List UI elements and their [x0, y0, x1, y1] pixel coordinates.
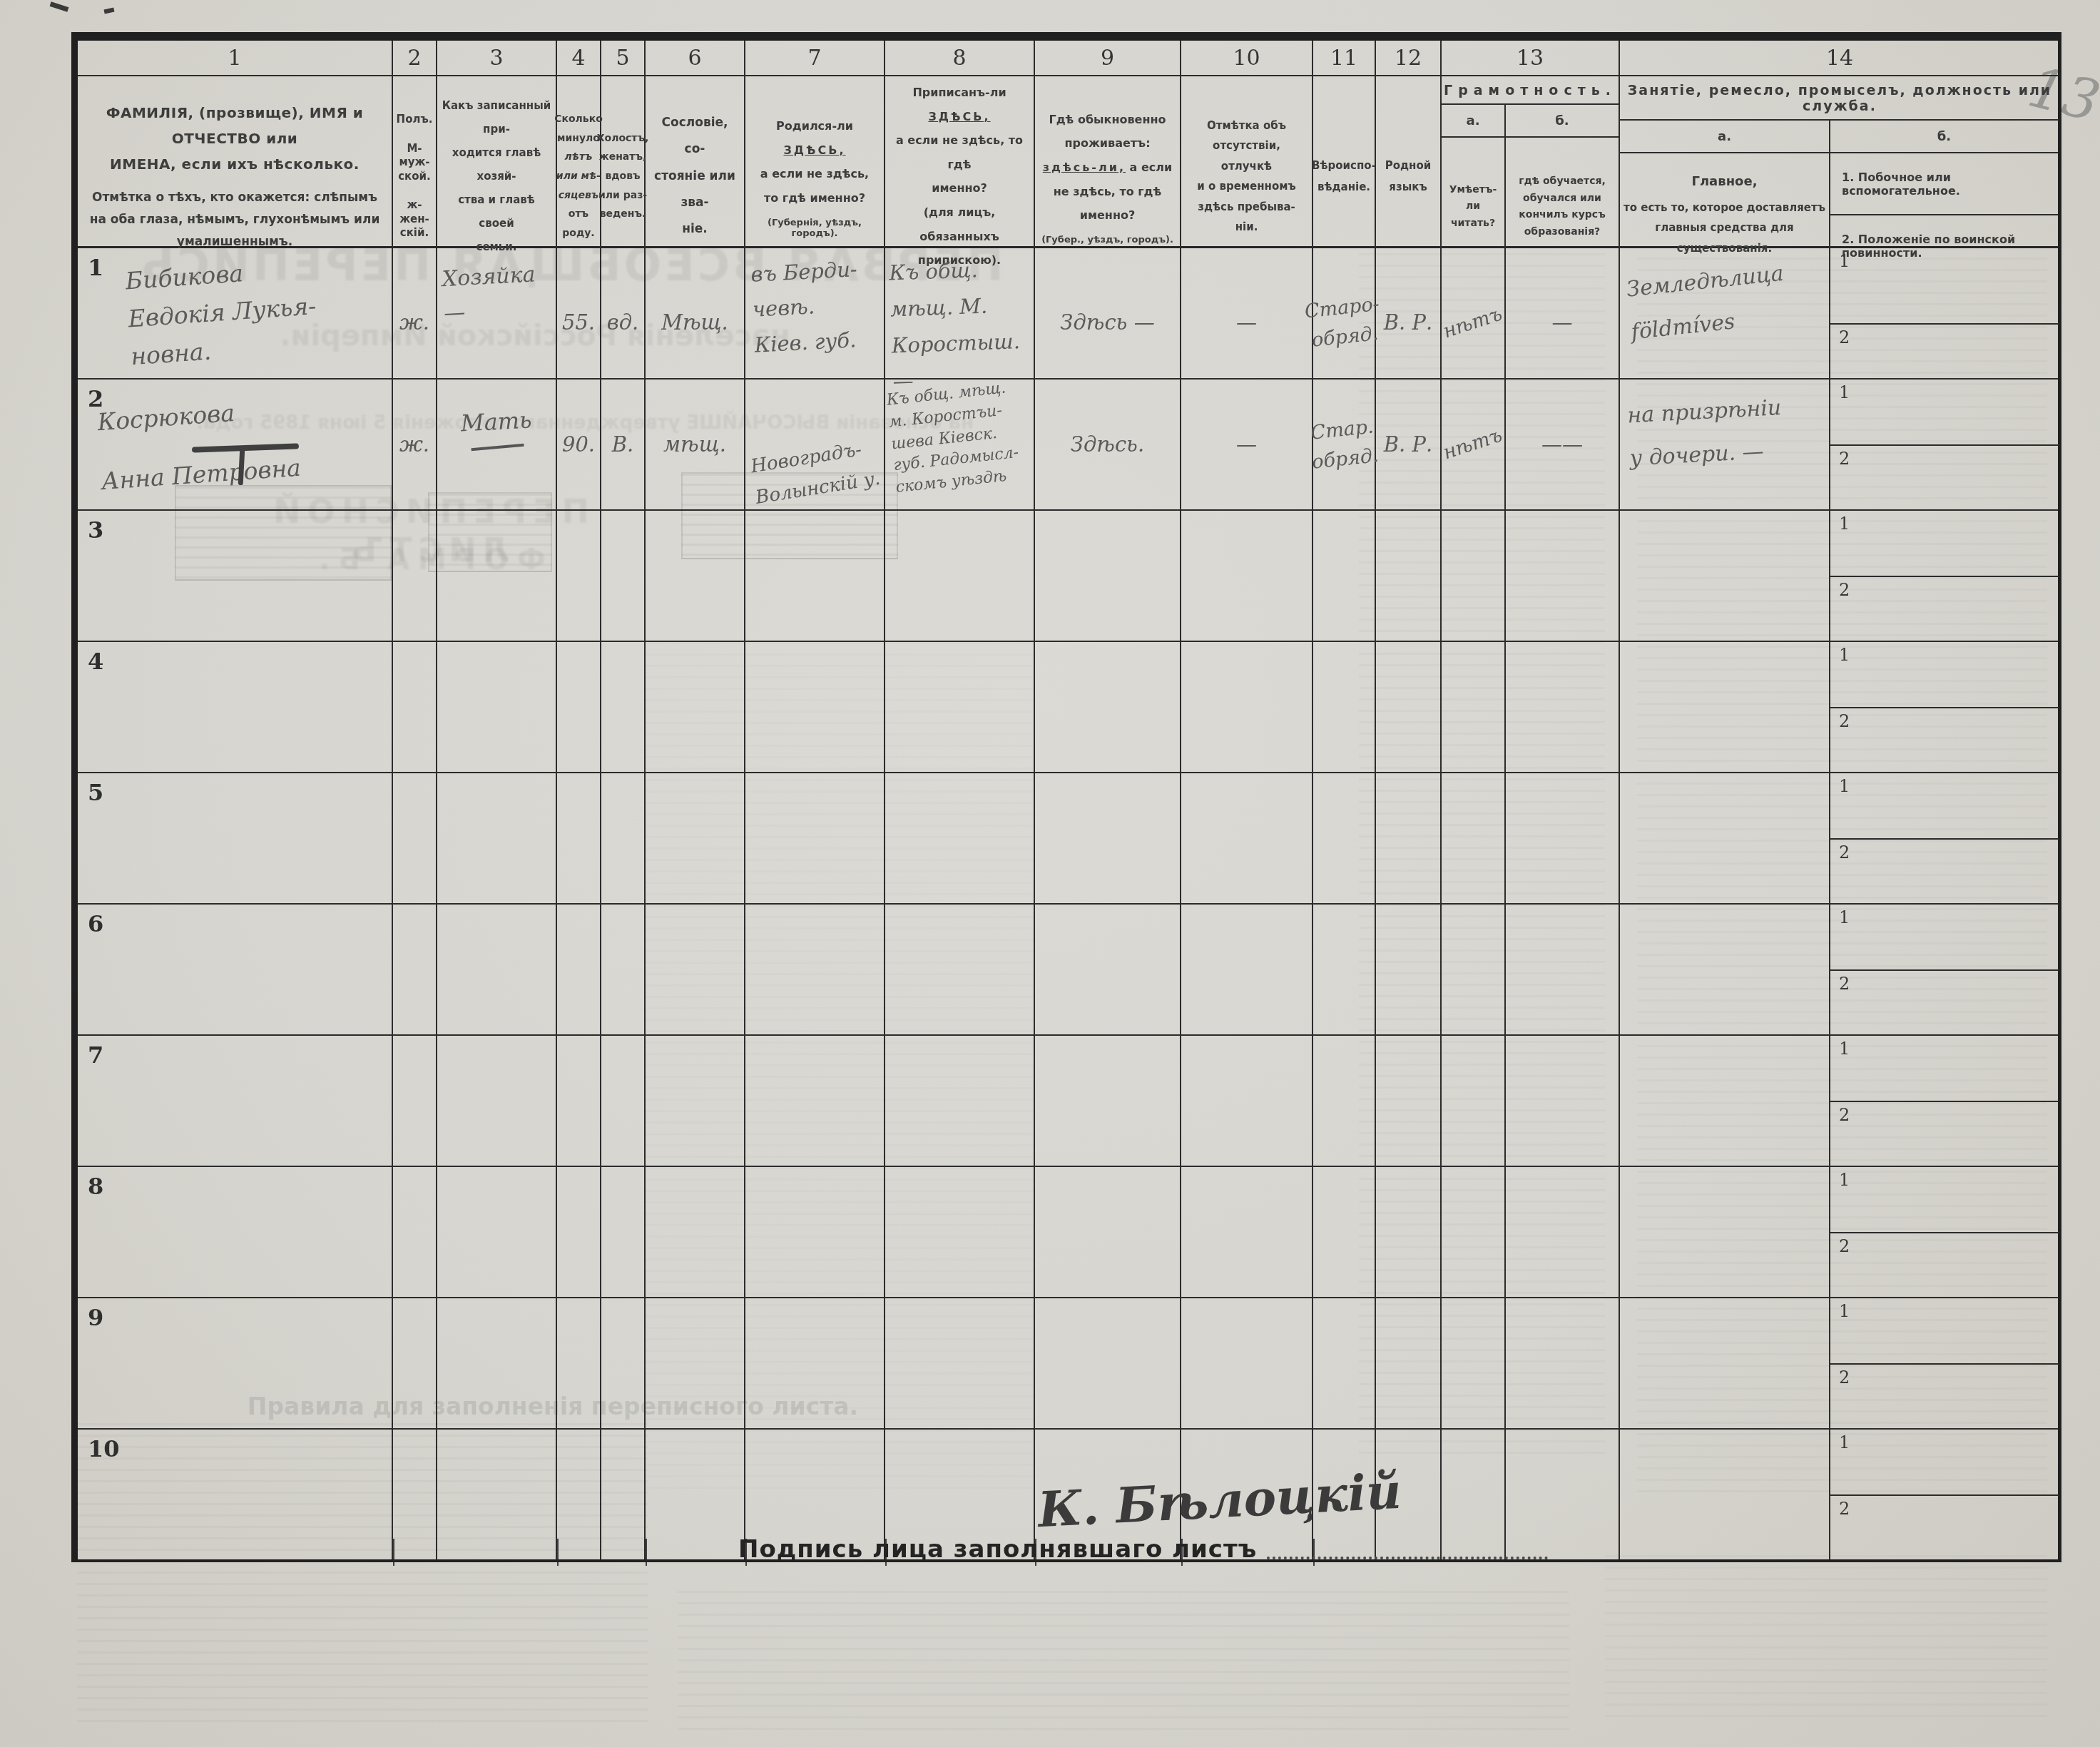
cell-occupation-a [1620, 642, 1830, 772]
col-number: 3 [437, 41, 557, 75]
cell-religion [1313, 511, 1376, 641]
cell-registration [885, 773, 1035, 903]
cell-absence [1181, 1298, 1313, 1428]
table-row: 3 1 2 [78, 509, 2058, 641]
cell-absence [1181, 642, 1313, 772]
secondary-occupation-cell: 1 [1830, 380, 2059, 444]
cell-age [557, 773, 601, 903]
cell-sex [393, 1167, 437, 1297]
cell-literacy-b: —— [1506, 380, 1620, 509]
cell-sex: ж. [393, 248, 437, 397]
secondary-occupation-cell: 1 [1830, 511, 2059, 576]
cell-literacy-b [1506, 1298, 1620, 1428]
entry-relation [443, 1044, 556, 1050]
table-row: 7 1 2 [78, 1034, 2058, 1166]
cell-residence [1035, 773, 1181, 903]
sub-marker-1: 1 [1839, 251, 1850, 271]
sub-marker-2: 2 [1839, 1499, 1850, 1519]
cell-residence [1035, 511, 1181, 641]
table-row: 1 Бибикова Евдокія Лукья- новна. ж. Хозя… [78, 248, 2058, 378]
military-status-cell: 2 [1830, 1494, 2059, 1559]
cell-birthplace: въ Берди- чевѣ. Кіев. губ. [745, 248, 885, 397]
cell-absence [1181, 1036, 1313, 1166]
entry-age: 55. [562, 306, 595, 339]
cell-birthplace [745, 511, 885, 641]
entry-registration [891, 1169, 1034, 1174]
cell-occupation-b: 1 2 [1830, 1036, 2059, 1166]
cell-name: 6 [78, 905, 393, 1034]
entry-sex: ж. [399, 428, 429, 461]
cell-name: 7 [78, 1036, 393, 1166]
sub-marker-1: 1 [1839, 1039, 1850, 1059]
cell-literacy-b [1506, 905, 1620, 1034]
cell-sex [393, 1298, 437, 1428]
entry-estate: Мѣщ. [661, 306, 728, 339]
cell-occupation-a [1620, 1036, 1830, 1166]
cell-sex [393, 773, 437, 903]
sub-marker-1: 1 [1839, 382, 1850, 402]
sub-marker-1: 1 [1839, 776, 1850, 796]
entry-registration: Къ общ. мѣщ. м. Коростъи- шева Кіевск. г… [885, 375, 1039, 499]
cell-estate [646, 1298, 745, 1428]
cell-language [1376, 511, 1442, 641]
cell-estate [646, 1036, 745, 1166]
table-row: 8 1 2 [78, 1166, 2058, 1297]
cell-relation [437, 1167, 557, 1297]
entry-religion: Стар. обряд. [1308, 412, 1380, 477]
cell-religion [1313, 773, 1376, 903]
cell-relation: Мать [437, 380, 557, 509]
entry-birthplace: въ Берди- чевѣ. Кіев. губ. [750, 250, 886, 362]
cell-age [557, 1167, 601, 1297]
table-row: 6 1 2 [78, 903, 2058, 1034]
cell-occupation-b: 1 2 [1830, 773, 2059, 903]
entry-registration [891, 644, 1034, 649]
cell-estate [646, 905, 745, 1034]
cell-name: 3 [78, 511, 393, 641]
cell-marital [601, 1298, 646, 1428]
col-number: 10 [1181, 41, 1313, 75]
sub-marker-1: 1 [1839, 514, 1850, 534]
bleedthrough-text-block [1605, 1555, 2047, 1726]
cell-religion: Старо- обряд. [1313, 248, 1376, 397]
col-number: 7 [745, 41, 885, 75]
military-status-cell: 2 [1830, 1232, 2059, 1297]
col-number: 13 [1442, 41, 1620, 75]
cell-relation [437, 642, 557, 772]
cell-occupation-b: 1 2 [1830, 511, 2059, 641]
cell-occupation-b: 1 2 [1830, 248, 2059, 397]
col-number: 9 [1035, 41, 1181, 75]
cell-absence [1181, 905, 1313, 1034]
entry-relation: Мать [436, 401, 556, 452]
cell-marital [601, 511, 646, 641]
entry-relation [443, 1438, 556, 1444]
cell-birthplace [745, 1036, 885, 1166]
cell-literacy-a [1442, 1298, 1506, 1428]
entry-occupation [1629, 904, 1828, 925]
military-status-cell: 2 [1830, 1101, 2059, 1166]
cell-birthplace [745, 905, 885, 1034]
cell-sex [393, 1036, 437, 1166]
entry-residence: Здѣсь. [1071, 428, 1144, 461]
entry-occupation: на призрѣніи у дочери. — [1626, 384, 1831, 481]
header-residence: Гдѣ обыкновенно проживаетъ: здѣсь-ли, а … [1035, 76, 1181, 277]
cell-relation [437, 1430, 557, 1559]
sub-marker-2: 2 [1839, 449, 1850, 469]
entry-occupation: Земледѣлица földmíves [1624, 248, 1833, 355]
header-estate: Сословіе, со- стояніе или зва- ніе. [646, 76, 745, 277]
secondary-occupation-cell: 1 [1830, 1298, 2059, 1363]
cell-occupation-a: Земледѣлица földmíves [1620, 248, 1830, 397]
header-marital: Холостъ, женатъ, вдовъ или раз- веденъ. [601, 76, 646, 277]
entry-relation [443, 1307, 556, 1313]
cell-religion [1313, 1298, 1376, 1428]
col-number: 12 [1376, 41, 1442, 75]
entry-marital: В. [612, 428, 634, 461]
cell-literacy-b [1506, 1036, 1620, 1166]
entry-literacy: нѣтъ [1439, 420, 1507, 468]
military-status-cell: 2 [1830, 1363, 2059, 1428]
cell-literacy-a [1442, 642, 1506, 772]
scan-line-remnant [557, 1539, 559, 1566]
entry-birthplace: Новоградъ- Волынскій у. [748, 431, 888, 514]
cell-marital [601, 773, 646, 903]
entry-marital: вд. [607, 306, 638, 339]
cell-language [1376, 905, 1442, 1034]
cell-marital [601, 1167, 646, 1297]
entry-registration [891, 775, 1034, 780]
cell-age [557, 1036, 601, 1166]
cell-absence [1181, 1167, 1313, 1297]
entry-birthplace [753, 1300, 884, 1308]
sub-marker-1: 1 [1839, 1301, 1850, 1321]
entry-absence: — [1236, 306, 1257, 339]
header-name-title: ФАМИЛІЯ, (прозвище), ИМЯ и ОТЧЕСТВО или … [82, 100, 387, 177]
entry-sex: ж. [399, 306, 429, 339]
cell-relation [437, 1298, 557, 1428]
cell-marital: вд. [601, 248, 646, 397]
cell-literacy-b: — [1506, 248, 1620, 397]
secondary-occupation-cell: 1 [1830, 1036, 2059, 1101]
entry-literacy: нѣтъ [1439, 299, 1507, 347]
cell-religion: Стар. обряд. [1313, 380, 1376, 509]
entry-registration [891, 1038, 1034, 1043]
entry-birthplace [753, 1038, 884, 1045]
cell-relation [437, 773, 557, 903]
cell-sex [393, 905, 437, 1034]
entry-relation [443, 519, 556, 525]
header-literacy: Грамотность. а. Умѣетъ- ли читать? б. гд… [1442, 76, 1620, 277]
cell-relation [437, 1036, 557, 1166]
table-header-row: ФАМИЛІЯ, (прозвище), ИМЯ и ОТЧЕСТВО или … [78, 76, 2058, 248]
cell-residence [1035, 905, 1181, 1034]
cell-age: 55. [557, 248, 601, 397]
cell-estate: мѣщ. [646, 380, 745, 509]
cell-occupation-a [1620, 511, 1830, 641]
cell-absence: — [1181, 248, 1313, 397]
entry-birthplace [753, 644, 884, 651]
cell-estate [646, 511, 745, 641]
cell-registration [885, 511, 1035, 641]
header-age: Сколько минуло лѣтъ или мѣ- сяцевъ отъ р… [557, 76, 601, 277]
header-sex: Полъ. М-муж- ской. ж-жен- скій. [393, 76, 437, 277]
cell-absence [1181, 773, 1313, 903]
header-registration: Приписанъ-ли ЗДѢСЬ, а если не здѣсь, то … [885, 76, 1035, 277]
entry-name: Бибикова Евдокія Лукья- новна. [74, 238, 396, 380]
cell-sex [393, 511, 437, 641]
cell-relation [437, 511, 557, 641]
cell-birthplace [745, 1167, 885, 1297]
entry-occupation [1629, 510, 1828, 531]
header-relation: Какъ записанный при- ходится главѣ хозяй… [437, 76, 557, 277]
cell-language [1376, 1036, 1442, 1166]
col-number: 5 [601, 41, 646, 75]
cell-marital [601, 905, 646, 1034]
header-absence: Отмѣтка объ отсутствіи, отлучкѣ и о врем… [1181, 76, 1313, 277]
cell-registration: Къ общ. мѣщ. М. Коростыш. — [885, 248, 1035, 397]
entry-relation: Хозяйка — [442, 257, 558, 331]
secondary-occupation-cell: 1 [1830, 773, 2059, 838]
entry-relation [443, 913, 556, 919]
cell-residence [1035, 1036, 1181, 1166]
cell-occupation-b: 1 2 [1830, 1298, 2059, 1428]
sub-marker-1: 1 [1839, 1170, 1850, 1190]
bleedthrough-text-block [678, 1591, 1569, 1733]
secondary-occupation-cell: 1 [1830, 642, 2059, 707]
entry-religion: Старо- обряд. [1304, 290, 1385, 356]
cell-literacy-a [1442, 1036, 1506, 1166]
entry-occupation [1629, 641, 1828, 662]
entry-education: —— [1541, 428, 1583, 461]
cell-age [557, 642, 601, 772]
cell-occupation-b: 1 2 [1830, 380, 2059, 509]
cell-residence [1035, 642, 1181, 772]
cell-registration [885, 1167, 1035, 1297]
cell-estate: Мѣщ. [646, 248, 745, 397]
sub-marker-2: 2 [1839, 1105, 1850, 1125]
header-birthplace: Родился-ли ЗДѢСЬ, а если не здѣсь, то гд… [745, 76, 885, 277]
cell-estate [646, 1167, 745, 1297]
cell-language [1376, 1298, 1442, 1428]
cell-occupation-a [1620, 773, 1830, 903]
signature-block: Подпись лица заполнявшаго листъ К. Бѣлоц… [738, 1535, 1548, 1564]
col-number: 14 [1620, 41, 2059, 75]
cell-registration [885, 905, 1035, 1034]
sub-marker-2: 2 [1839, 974, 1850, 994]
cell-birthplace: Новоградъ- Волынскій у. [745, 380, 885, 509]
cell-residence [1035, 1167, 1181, 1297]
military-status-cell: 2 [1830, 444, 2059, 509]
cell-occupation-a: на призрѣніи у дочери. — [1620, 380, 1830, 509]
entry-relation [443, 782, 556, 788]
cell-name: 4 [78, 642, 393, 772]
cell-language: В. Р. [1376, 380, 1442, 509]
secondary-occupation-cell: 1 [1830, 1430, 2059, 1494]
secondary-occupation-cell: 1 [1830, 248, 2059, 323]
entry-occupation [1629, 773, 1828, 793]
cell-occupation-b: 1 2 [1830, 1430, 2059, 1559]
cell-registration [885, 1036, 1035, 1166]
entry-relation [443, 651, 556, 656]
cell-language [1376, 642, 1442, 772]
military-status-cell: 2 [1830, 707, 2059, 772]
cell-marital [601, 1036, 646, 1166]
entry-birthplace [753, 513, 884, 520]
cell-literacy-b [1506, 511, 1620, 641]
military-status-cell: 2 [1830, 576, 2059, 641]
sub-marker-2: 2 [1839, 1236, 1850, 1256]
col-number: 1 [78, 41, 393, 75]
cell-literacy-a: нѣтъ [1442, 380, 1506, 509]
entry-estate: мѣщ. [663, 428, 726, 461]
cell-relation [437, 905, 557, 1034]
cell-absence [1181, 511, 1313, 641]
table-row: 9 1 2 [78, 1297, 2058, 1428]
cell-residence: Здѣсь — [1035, 248, 1181, 397]
cell-occupation-a [1620, 905, 1830, 1034]
cell-literacy-a [1442, 511, 1506, 641]
cell-occupation-b: 1 2 [1830, 1167, 2059, 1297]
cell-literacy-a [1442, 1167, 1506, 1297]
header-occupation: Занятіе, ремесло, промыселъ, должность и… [1620, 76, 2059, 277]
census-table: 1 2 3 4 5 6 7 8 9 10 11 12 13 14 ФАМИЛІЯ… [71, 32, 2061, 1562]
literacy-title: Грамотность. [1442, 76, 1619, 105]
col-number: 6 [646, 41, 745, 75]
sub-marker-1: 1 [1839, 645, 1850, 665]
entry-registration [891, 1300, 1034, 1305]
col-number: 2 [393, 41, 437, 75]
sub-marker-1: 1 [1839, 907, 1850, 927]
column-number-row: 1 2 3 4 5 6 7 8 9 10 11 12 13 14 [78, 41, 2058, 76]
header-religion: Вѣроиспо- вѣданіе. [1313, 76, 1376, 277]
entry-birthplace [753, 1432, 884, 1439]
entry-occupation [1629, 1429, 1828, 1450]
entry-language: В. Р. [1384, 306, 1432, 339]
cell-literacy-a [1442, 773, 1506, 903]
cell-language: В. Р. [1376, 248, 1442, 397]
cell-language [1376, 1167, 1442, 1297]
entry-relation [443, 1176, 556, 1181]
cell-literacy-b [1506, 1167, 1620, 1297]
cell-birthplace [745, 642, 885, 772]
sub-marker-2: 2 [1839, 1367, 1850, 1387]
cell-name: 2 Косрюкова Анна Петровна [78, 380, 393, 509]
col-number: 8 [885, 41, 1035, 75]
cell-age [557, 1298, 601, 1428]
cell-absence: — [1181, 380, 1313, 509]
cell-registration [885, 1298, 1035, 1428]
cell-marital: В. [601, 380, 646, 509]
cell-name: 5 [78, 773, 393, 903]
entry-birthplace [753, 907, 884, 914]
cell-name: 9 [78, 1298, 393, 1428]
occupation-title: Занятіе, ремесло, промыселъ, должность и… [1620, 76, 2059, 121]
entry-language: В. Р. [1384, 428, 1432, 461]
cell-literacy-b [1506, 642, 1620, 772]
census-form-scan: ПЕРВАЯ ВСЕОБЩАЯ ПЕРЕПИСЬ населенія Россі… [0, 0, 2100, 1747]
signature-label: Подпись лица заполнявшаго листъ [738, 1535, 1257, 1564]
sub-marker-2: 2 [1839, 711, 1850, 731]
signature-line [1267, 1535, 1548, 1559]
cell-registration [885, 642, 1035, 772]
secondary-occupation-cell: 1 [1830, 905, 2059, 969]
col-number: 11 [1313, 41, 1376, 75]
entry-registration [891, 1432, 1034, 1437]
military-status-cell: 2 [1830, 838, 2059, 903]
sub-marker-1: 1 [1839, 1432, 1850, 1452]
entry-education: — [1552, 306, 1573, 339]
table-row: 4 1 2 [78, 641, 2058, 772]
cell-occupation-a [1620, 1167, 1830, 1297]
table-body: 1 Бибикова Евдокія Лукья- новна. ж. Хозя… [78, 248, 2058, 1559]
cell-marital [601, 1430, 646, 1559]
cell-occupation-b: 1 2 [1830, 905, 2059, 1034]
sub-marker-2: 2 [1839, 580, 1850, 600]
sub-marker-2: 2 [1839, 327, 1850, 347]
cell-sex: ж. [393, 380, 437, 509]
scan-artifact [50, 1, 69, 12]
cell-religion [1313, 1167, 1376, 1297]
cell-name: 8 [78, 1167, 393, 1297]
entry-occupation [1629, 1298, 1828, 1318]
cell-religion [1313, 642, 1376, 772]
header-language: Родной языкъ [1376, 76, 1442, 277]
entry-absence: — [1236, 428, 1257, 461]
cell-age: 90. [557, 380, 601, 509]
cell-relation: Хозяйка — [437, 248, 557, 397]
entry-registration [891, 907, 1034, 912]
cell-residence [1035, 1298, 1181, 1428]
cell-literacy-b [1506, 773, 1620, 903]
cell-residence: Здѣсь. [1035, 380, 1181, 509]
cell-birthplace [745, 1298, 885, 1428]
cell-literacy-a: нѣтъ [1442, 248, 1506, 397]
scan-line-remnant [646, 1539, 647, 1566]
entry-residence: Здѣсь — [1060, 306, 1154, 339]
cell-religion [1313, 905, 1376, 1034]
military-status-cell: 2 [1830, 969, 2059, 1034]
cell-religion [1313, 1036, 1376, 1166]
cell-age [557, 511, 601, 641]
entry-name: Косрюкова Анна Петровна [74, 369, 396, 512]
cell-language [1376, 773, 1442, 903]
cell-age [557, 1430, 601, 1559]
cell-estate [646, 642, 745, 772]
table-row: 2 Косрюкова Анна Петровна ж. Мать 90. В.… [78, 378, 2058, 509]
entry-occupation [1629, 1035, 1828, 1056]
cell-occupation-a [1620, 1298, 1830, 1428]
entry-registration [891, 513, 1034, 518]
col-number: 4 [557, 41, 601, 75]
cell-literacy-a [1442, 905, 1506, 1034]
secondary-occupation-cell: 1 [1830, 1167, 2059, 1232]
entry-birthplace [753, 1169, 884, 1176]
cell-marital [601, 642, 646, 772]
cell-age [557, 905, 601, 1034]
cell-name: 10 [78, 1430, 393, 1559]
cell-sex [393, 642, 437, 772]
table-row: 5 1 2 [78, 772, 2058, 903]
entry-occupation [1629, 1166, 1828, 1187]
cell-estate [646, 1430, 745, 1559]
cell-birthplace [745, 773, 885, 903]
cell-sex [393, 1430, 437, 1559]
cell-registration: Къ общ. мѣщ. м. Коростъи- шева Кіевск. г… [885, 380, 1035, 509]
cell-estate [646, 773, 745, 903]
scan-line-remnant [393, 1539, 394, 1566]
sub-marker-2: 2 [1839, 842, 1850, 862]
